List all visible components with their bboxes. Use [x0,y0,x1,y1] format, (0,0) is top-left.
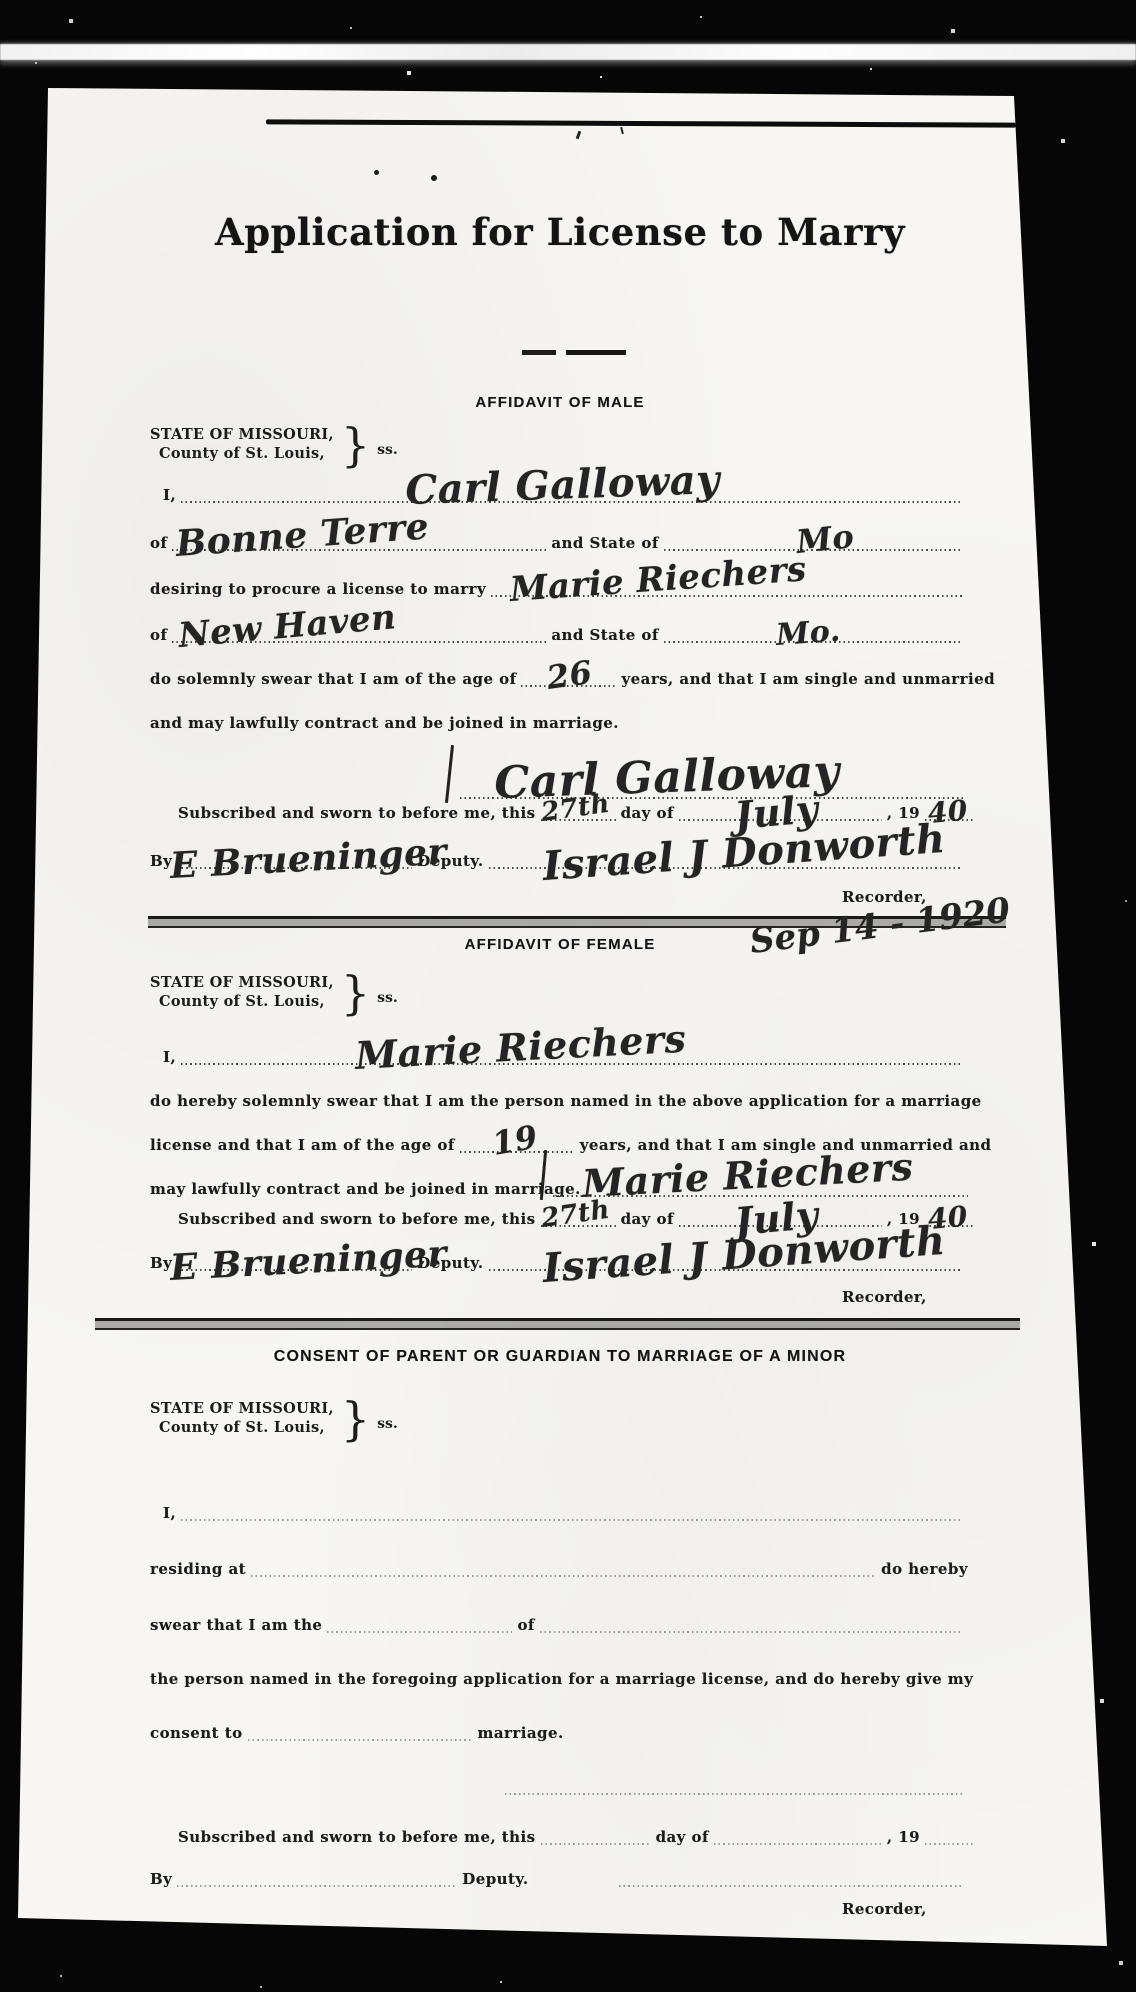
male-day-handwritten: 27th [540,793,611,824]
male-signature-line: Carl Galloway [455,752,970,800]
page-top-edge-shadow [266,119,1016,127]
day-of-label: day of [621,1210,674,1228]
consent-day-blank [541,1824,651,1846]
consent-name-blank [181,1500,963,1522]
female-recorder-signature-handwritten: Israel J Donworth [541,1224,946,1286]
page-title: Application for License to Marry [150,210,970,254]
consent-deputy-signature-blank [177,1866,457,1888]
male-age-handwritten: 26 [546,659,595,692]
i-label: I, [163,486,176,504]
state-of-missouri-label: STATE OF MISSOURI, [150,974,334,993]
i-label: I, [163,1048,176,1066]
residing-at-label: residing at [150,1560,246,1578]
consent-signature-line [500,1772,968,1796]
consent-recorder-label: Recorder, [842,1900,927,1918]
male-marriage-line-label: and may lawfully contract and be joined … [150,714,619,732]
of-label: of [517,1616,534,1634]
bride-residence-row: of New Haven and State of Mo. [150,622,968,644]
female-recorder-signature-blank: Israel J Donworth [489,1250,963,1272]
consent-foregoing-label: the person named in the foregoing applic… [150,1670,973,1688]
consent-relationship-blank [327,1612,512,1634]
day-of-label: day of [656,1828,709,1846]
ink-mark [620,127,624,134]
of-label: of [150,534,167,552]
consent-relationship-row: swear that I am the of [150,1612,968,1634]
female-swear-line3-label: may lawfully contract and be joined in m… [150,1180,581,1198]
stray-pen-stroke [445,745,454,803]
ss-abbreviation: ss. [377,990,398,1006]
subscribed-sworn-label: Subscribed and sworn to before me, this [178,1828,536,1846]
consent-residence-blank [251,1556,876,1578]
ink-blot [431,175,437,181]
female-swear-line1-label: do hereby solemnly swear that I am the p… [150,1092,982,1110]
subscribed-sworn-label: Subscribed and sworn to before me, this [178,804,536,822]
subscribed-sworn-label: Subscribed and sworn to before me, this [178,1210,536,1228]
bride-name-handwritten: Marie Riechers [509,555,807,605]
male-age-post-label: years, and that I am single and unmarrie… [621,670,995,688]
day-of-label: day of [621,804,674,822]
female-age-blank: 19 [460,1132,575,1154]
state-of-missouri-label: STATE OF MISSOURI, [150,1400,334,1419]
consent-by-deputy-row: By Deputy. [150,1866,968,1888]
consent-residing-row: residing at do hereby [150,1556,968,1578]
ink-blot [374,170,379,175]
male-marriage-line-row: and may lawfully contract and be joined … [150,710,619,732]
brace-glyph: } [341,428,370,463]
section-divider-rule [95,1318,1020,1330]
female-applicant-name-handwritten: Marie Riechers [354,1022,687,1072]
male-deputy-signature-blank: E Brueninger [177,848,412,870]
male-state-county-block: STATE OF MISSOURI, County of St. Louis, … [150,426,398,464]
female-deputy-signature-handwritten: E Brueninger [170,1239,448,1284]
deputy-label: Deputy. [462,1870,528,1888]
male-residence-blank: Bonne Terre [172,530,546,552]
consent-state-county-block: STATE OF MISSOURI, County of St. Louis, … [150,1400,398,1438]
film-scratch-streak [0,44,1136,60]
consent-signature-blank [505,1772,963,1796]
consent-recorder-signature-blank [619,1866,963,1888]
female-signature-handwritten: Marie Riechers [581,1150,914,1200]
consent-month-blank [714,1824,882,1846]
female-signature-line: Marie Riechers [548,1152,973,1198]
male-applicant-name-handwritten: Carl Galloway [405,463,721,508]
male-age-blank: 26 [521,666,616,688]
bride-state-handwritten: Mo. [776,618,842,648]
film-dust-speckles [0,0,2,2]
scanned-document-canvas: Application for License to Marry AFFIDAV… [0,0,1136,1992]
male-deputy-signature-handwritten: E Brueninger [170,837,448,882]
bride-state-blank: Mo. [664,622,963,644]
desiring-to-marry-label: desiring to procure a license to marry [150,580,486,598]
male-affidavit-heading: AFFIDAVIT OF MALE [150,394,970,411]
consent-section-heading: CONSENT OF PARENT OR GUARDIAN TO MARRIAG… [150,1348,970,1366]
female-swear-line1-row: do hereby solemnly swear that I am the p… [150,1088,982,1110]
county-of-st-louis-label: County of St. Louis, [150,445,334,464]
title-divider-rule [522,350,626,355]
female-name-blank: Marie Riechers [181,1044,963,1066]
swear-that-i-am-label: swear that I am the [150,1616,322,1634]
do-hereby-label: do hereby [881,1560,968,1578]
consent-subscribed-row: Subscribed and sworn to before me, this … [178,1824,978,1846]
brace-glyph: } [341,976,370,1011]
consent-whose-marriage-blank [248,1720,473,1742]
male-day-blank: 27th [541,800,616,822]
male-age-row: do solemnly swear that I am of the age o… [150,666,968,688]
marriage-application-page: Application for License to Marry AFFIDAV… [0,0,1136,1992]
and-state-of-label: and State of [551,626,658,644]
ss-abbreviation: ss. [377,1416,398,1432]
consent-minor-name-blank [540,1612,963,1634]
female-day-blank: 27th [541,1206,616,1228]
male-residence-handwritten: Bonne Terre [175,512,430,560]
female-swear-line3-row: may lawfully contract and be joined in m… [150,1176,581,1198]
female-recorder-label: Recorder, [842,1288,927,1306]
state-of-missouri-label: STATE OF MISSOURI, [150,426,334,445]
male-recorder-signature-blank: Israel J Donworth [489,848,963,870]
female-deputy-signature-blank: E Brueninger [177,1250,412,1272]
male-recorder-signature-handwritten: Israel J Donworth [541,822,946,884]
consent-year-blank [925,1824,973,1846]
male-signature-blank: Carl Galloway [460,752,965,800]
female-age-handwritten: 19 [490,1123,539,1158]
female-signature-blank: Marie Riechers [553,1152,968,1198]
male-name-blank: Carl Galloway [181,482,963,504]
male-desiring-row: desiring to procure a license to marry M… [150,576,968,598]
male-residence-row: of Bonne Terre and State of Mo [150,530,968,552]
female-age-pre-label: license and that I am of the age of [150,1136,455,1154]
female-state-county-block: STATE OF MISSOURI, County of St. Louis, … [150,974,398,1012]
of-label: of [150,626,167,644]
consent-to-label: consent to [150,1724,243,1742]
consent-to-row: consent to marriage. [150,1720,590,1742]
male-age-pre-label: do solemnly swear that I am of the age o… [150,670,516,688]
marriage-label: marriage. [478,1724,564,1742]
county-of-st-louis-label: County of St. Louis, [150,993,334,1012]
bride-residence-handwritten: New Haven [178,603,398,651]
i-label: I, [163,1504,176,1522]
male-state-blank: Mo [664,530,963,552]
bride-name-blank: Marie Riechers [491,576,963,598]
and-state-of-label: and State of [551,534,658,552]
ink-mark [576,131,582,140]
male-month-blank: July [679,800,882,822]
consent-name-row: I, [163,1500,968,1522]
female-by-deputy-row: By E Brueninger Deputy. Israel J Donwort… [150,1250,968,1272]
female-name-row: I, Marie Riechers [163,1044,968,1066]
male-subscribed-row: Subscribed and sworn to before me, this … [178,800,978,822]
bride-residence-blank: New Haven [172,622,546,644]
county-of-st-louis-label: County of St. Louis, [150,1419,334,1438]
by-label: By [150,1870,172,1888]
male-by-deputy-row: By E Brueninger Deputy. Israel J Donwort… [150,848,968,870]
ss-abbreviation: ss. [377,442,398,458]
brace-glyph: } [341,1402,370,1437]
year-19-label: , 19 [887,1828,920,1846]
consent-foregoing-row: the person named in the foregoing applic… [150,1666,973,1688]
female-day-handwritten: 27th [540,1199,611,1230]
male-name-row: I, Carl Galloway [163,482,968,504]
